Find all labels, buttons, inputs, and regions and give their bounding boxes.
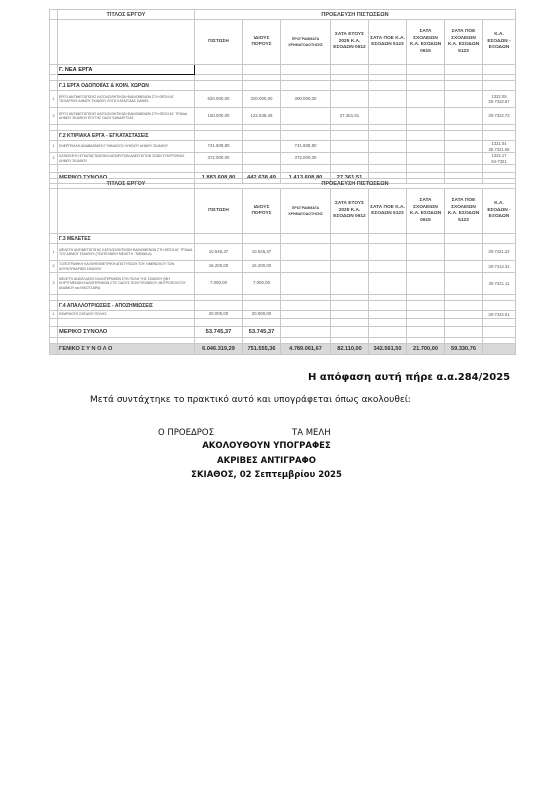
- project-title: ΤΟΠΟΓΡΑΦΙΚΗ ΚΑΙ ΒΥΘΟΜΕΤΡΙΚΗ ΑΠΟΤΥΠΩΣΗ ΤΟ…: [58, 261, 195, 273]
- project-title: ΕΦΑΡΜΟΓΗ ΣΧΕΔΙΟΥ ΠΟΛΗΣ: [58, 311, 195, 319]
- header-funding-origin: ΠΡΟΕΛΕΥΣΗ ΠΙΣΤΩΣΕΩΝ: [195, 179, 516, 189]
- col-header-ka: Κ.Α. ΕΣΟΔΩΝ - ΕΞΟΔΩΝ: [483, 189, 516, 234]
- col-header-sata-poe: ΣΑΤΑ ΠΟΕ Κ.Α. ΕΣΟΔΩΝ 5123: [369, 20, 407, 65]
- president-label: Ο ΠΡΟΕΔΡΟΣ: [158, 428, 214, 438]
- header-title: ΤΙΤΛΟΣ ΕΡΓΟΥ: [58, 10, 195, 20]
- project-title: ΜΕΛΕΤΗ ΑΝΑΠΛΑΣΗΣ ΚΑΛΝΤΕΡΙΜΙΩΝ ΣΤΗ ΠΟΛΗ Τ…: [58, 273, 195, 295]
- col-header-sata-sxoleion: ΣΑΤΑ ΣΧΟΛΕΙΩΝ Κ.Α. ΕΣΟΔΩΝ 0615: [407, 20, 445, 65]
- col-header-sata-poe-sxoleion: ΣΑΤΑ ΠΟΕ ΣΧΟΛΕΙΩΝ Κ.Α. ΕΣΟΔΩΝ 5123: [445, 20, 483, 65]
- signing-intro: Μετά συντάχτηκε το πρακτικό αυτό και υπο…: [90, 395, 411, 405]
- project-title: ΕΡΓΟ ΑΝΤΙΜΕΤΩΠΙΣΗΣ ΚΑΤΟΛΙΣΘΗΤΙΚΩΝ ΦΑΙΝΟΜ…: [58, 108, 195, 125]
- group-label: Γ.1 ΕΡΓΑ ΟΔΟΠΟΙΪΑΣ & ΚΟΙΝ. ΧΩΡΩΝ: [58, 81, 195, 91]
- decision-number: Η απόφαση αυτή πήρε α.α.284/2025: [308, 372, 510, 383]
- header-funding-origin: ΠΡΟΕΛΕΥΣΗ ΠΙΣΤΩΣΕΩΝ: [195, 10, 516, 20]
- exact-copy: ΑΚΡΙΒΕΣ ΑΝΤΙΓΡΑΦΟ: [0, 456, 536, 466]
- col-header-idious: ΙΔΙΟΥΣ ΠΟΡΟΥΣ: [243, 20, 281, 65]
- col-header-pistosi: ΠΙΣΤΩΣΗ: [195, 20, 243, 65]
- place-date: ΣΚΙΑΘΟΣ, 02 Σεπτεμβρίου 2025: [0, 470, 536, 480]
- col-header-sata-sxoleion: ΣΑΤΑ ΣΧΟΛΕΙΩΝ Κ.Α. ΕΣΟΔΩΝ 0615: [407, 189, 445, 234]
- col-header-idious: ΙΔΙΟΥΣ ΠΟΡΟΥΣ: [243, 189, 281, 234]
- signatures-follow: ΑΚΟΛΟΥΘΟΥΝ ΥΠΟΓΡΑΦΕΣ: [0, 441, 536, 451]
- col-header-sata2025: ΣΑΤΑ ΕΤΟΥΣ 2025 Κ.Α. ΕΣΟΔΩΝ 0612: [331, 20, 369, 65]
- col-header-pistosi: ΠΙΣΤΩΣΗ: [195, 189, 243, 234]
- header-title: ΤΙΤΛΟΣ ΕΡΓΟΥ: [58, 179, 195, 189]
- col-header-programmata: ΠΡΟΓΡΑΜΜΑΤΑ ΧΡΗΜΑΤΟΔΟΤΗΣΗΣ: [281, 189, 331, 234]
- header-blank: [50, 10, 58, 20]
- group-label: Γ.2 ΚΤΙΡΙΑΚΑ ΕΡΓΑ - ΕΓΚΑΤΑΣΤΑΣΕΙΣ: [58, 131, 195, 141]
- section-label: Γ. ΝΕΑ ΕΡΓΑ: [58, 65, 195, 75]
- budget-table-studies: ΤΙΤΛΟΣ ΕΡΓΟΥ ΠΡΟΕΛΕΥΣΗ ΠΙΣΤΩΣΕΩΝ ΠΙΣΤΩΣΗ…: [49, 178, 516, 355]
- project-title: ΜΕΛΕΤΗ ΑΝΤΙΜΕΤΩΠΙΣΗΣ ΚΑΤΟΛΙΣΘΗΤΙΚΩΝ ΦΑΙΝ…: [58, 244, 195, 261]
- project-title: ΕΡΓΟ ΑΝΤΙΜΕΤΩΠΙΣΗΣ ΚΑΤΟΛΙΣΘΗΤΙΚΩΝ ΦΑΙΝΟΜ…: [58, 91, 195, 108]
- col-header-sata-poe: ΣΑΤΑ ΠΟΕ Κ.Α. ΕΣΟΔΩΝ 5123: [369, 189, 407, 234]
- project-title: ΕΝΕΡΓΕΙΑΚΗ ΑΝΑΒΑΘΜΙΣΗ ΓΥΜΝΑΣΙΟΥ-ΛΥΚΕΙΟΥ …: [58, 141, 195, 153]
- grand-total-row: ΓΕΝΙΚΟ Σ Υ Ν Ο Λ Ο 6.046.319,29 751.555,…: [50, 344, 516, 355]
- group-label: Γ.4 ΑΠΑΛΛΟΤΡΙΩΣΕΙΣ - ΑΠΟΖΗΜΙΩΣΕΙΣ: [58, 301, 195, 311]
- members-label: ΤΑ ΜΕΛΗ: [292, 428, 331, 438]
- group-label: Γ.3 ΜΕΛΕΤΕΣ: [58, 234, 195, 244]
- col-header-sata-poe-sxoleion: ΣΑΤΑ ΠΟΕ ΣΧΟΛΕΙΩΝ Κ.Α. ΕΣΟΔΩΝ 5123: [445, 189, 483, 234]
- col-header-ka: Κ.Α. ΕΣΟΔΩΝ - ΕΞΟΔΩΝ: [483, 20, 516, 65]
- col-header-sata2025: ΣΑΤΑ ΕΤΟΥΣ 2025 Κ.Α. ΕΣΟΔΩΝ 0612: [331, 189, 369, 234]
- col-header-programmata: ΠΡΟΓΡΑΜΜΑΤΑ ΧΡΗΜΑΤΟΔΟΤΗΣΗΣ: [281, 20, 331, 65]
- budget-table-new-works: ΤΙΤΛΟΣ ΕΡΓΟΥ ΠΡΟΕΛΕΥΣΗ ΠΙΣΤΩΣΕΩΝ ΠΙΣΤΩΣΗ…: [49, 9, 516, 184]
- subtotal-row: ΜΕΡΙΚΟ ΣΥΝΟΛΟ 53.745,37 53.745,37: [50, 327, 516, 338]
- project-title: ΚΑΤΑΣΚΕΥΗ ΕΓΚΑΤΑΣΤΑΣΕΩΝ ΚΑΤΑΦΥΓΙΩΝ ΑΔΕΣΠ…: [58, 153, 195, 165]
